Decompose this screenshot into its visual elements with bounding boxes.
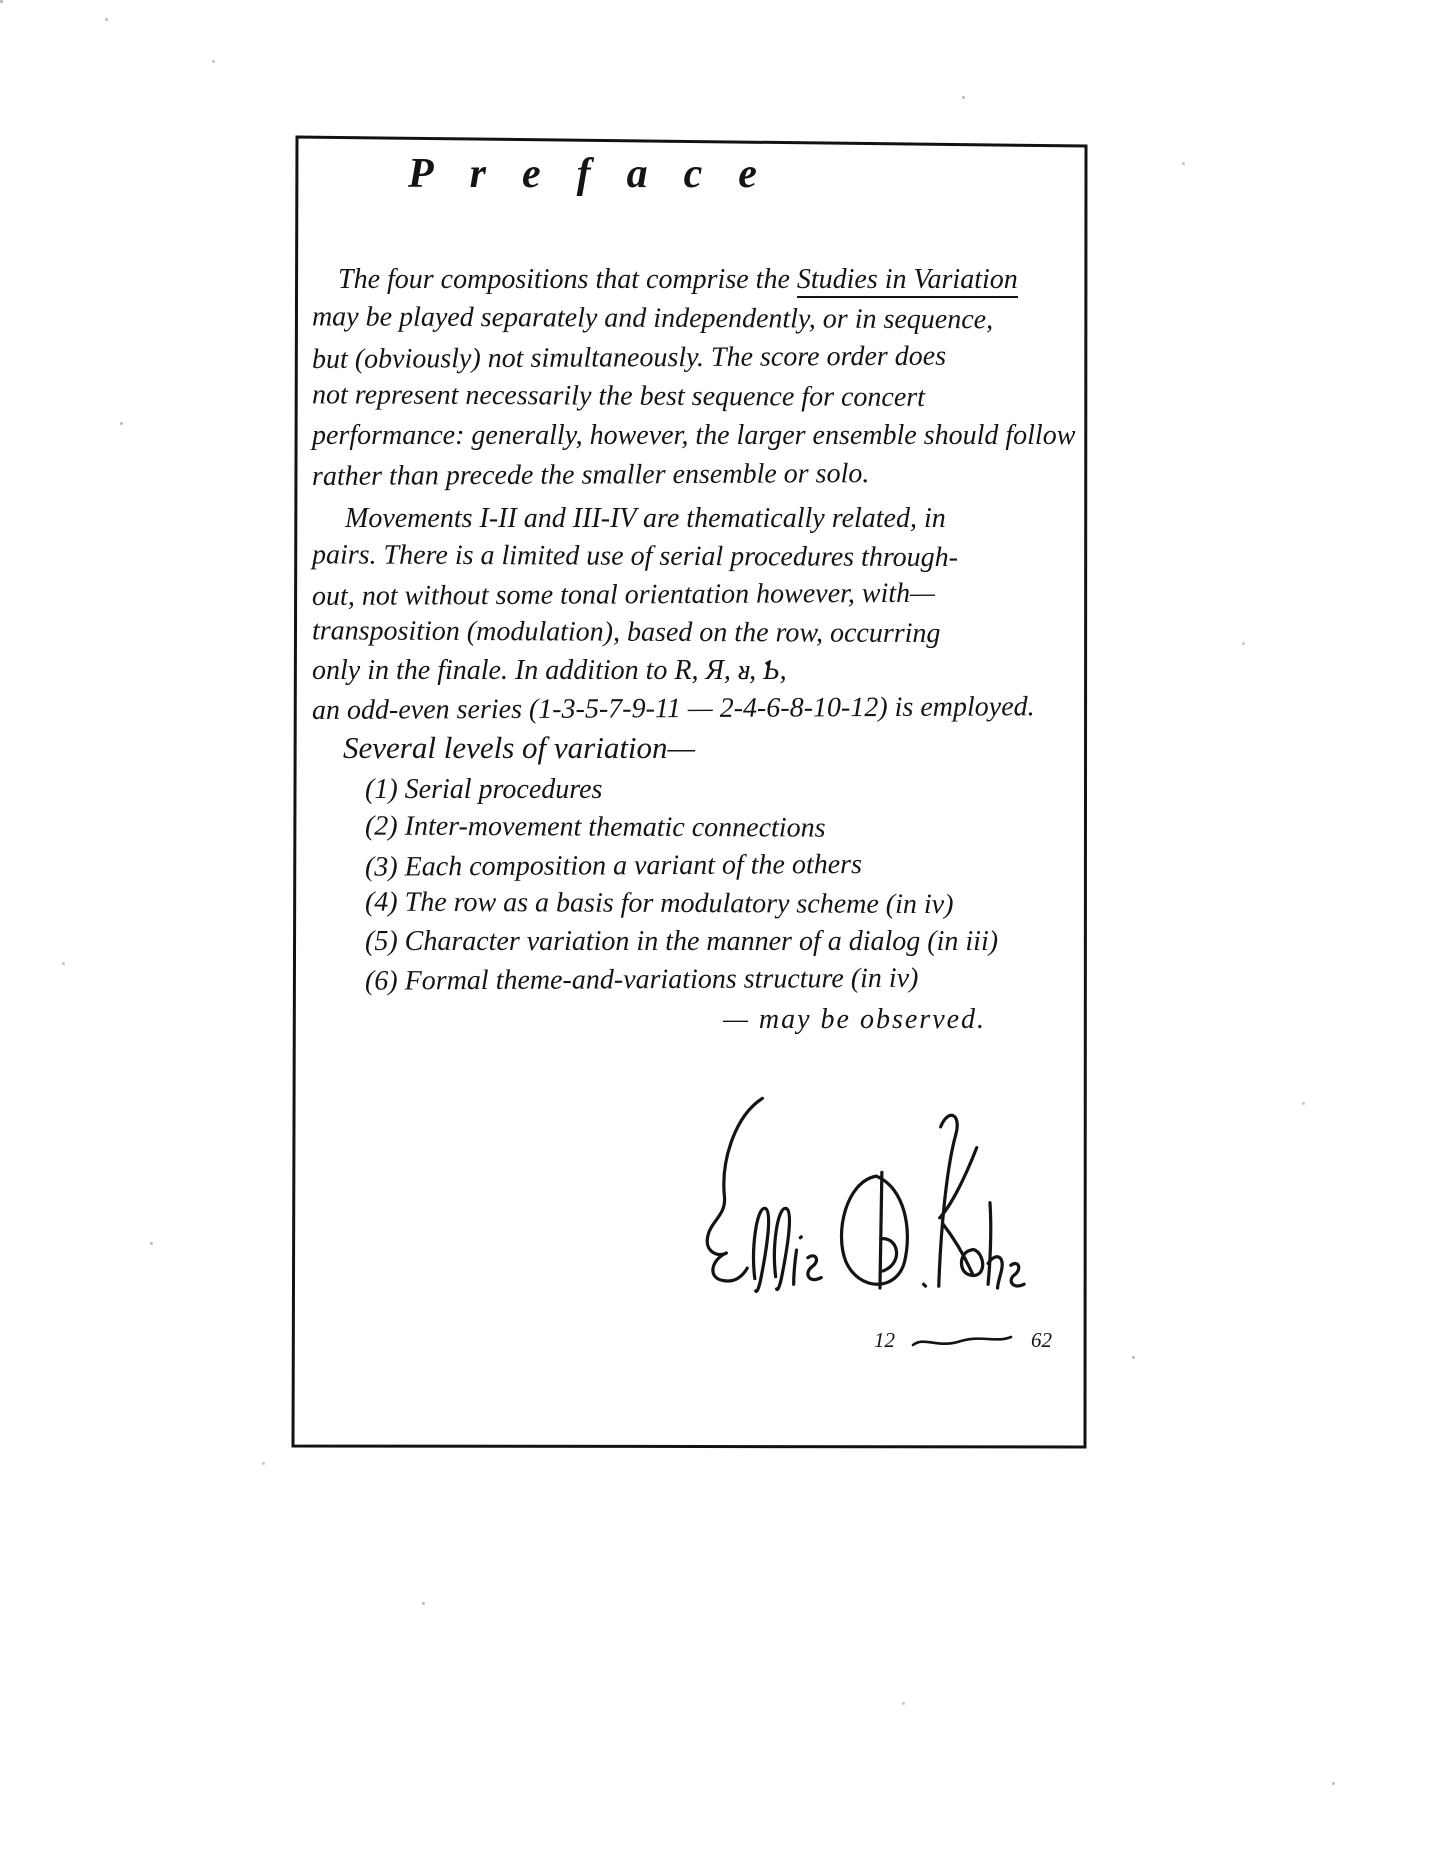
page-title: Preface [408,150,793,198]
list-item: (1) Serial procedures [365,771,998,809]
manuscript-line: an odd-even series (1-3-5-7-9-11 — 2-4-6… [312,688,1078,730]
manuscript-line: pairs. There is a limited use of serial … [312,536,1078,577]
manuscript-line: may be played separately and independent… [312,297,1078,339]
scan-noise [0,0,3,3]
list-item: (5) Character variation in the manner of… [365,923,998,961]
variation-list: (1) Serial procedures (2) Inter-movement… [365,771,998,999]
closing-line: — may be observed. [723,1004,986,1036]
date-line: 12 62 [874,1328,1052,1353]
manuscript-line: but (obviously) not simultaneously. The … [312,336,1078,379]
underlined-work-title: Studies in Variation [797,264,1018,298]
manuscript-line: transposition (modulation), based on the… [312,612,1078,653]
scanned-page: Preface The four compositions that compr… [0,0,1445,1870]
signature: Ellis B. Kohs [696,1083,1026,1311]
list-item: (6) Formal theme-and-variations structur… [365,959,998,1000]
paragraph-2: Movements I-II and III-IV are thematical… [312,500,1078,728]
manuscript-line: The four compositions that comprise the … [312,260,1078,299]
date-year: 62 [1031,1328,1052,1353]
preface-content: Preface The four compositions that compr… [296,138,1086,1447]
manuscript-line: performance: generally, however, the lar… [312,416,1078,455]
date-dash-squiggle [911,1332,1015,1350]
manuscript-line: not represent necessarily the best seque… [312,375,1078,417]
list-item: (2) Inter-movement thematic connections [365,808,998,849]
manuscript-line: Movements I-II and III-IV are thematical… [312,500,1078,538]
paragraph-1: The four compositions that comprise the … [312,260,1078,494]
manuscript-line: only in the finale. In addition to R, Я,… [312,652,1078,690]
line-text: The four compositions that comprise the [338,264,797,295]
variation-heading: Several levels of variation— [343,730,695,766]
list-item: (3) Each composition a variant of the ot… [365,845,998,886]
list-item: (4) The row as a basis for modulatory sc… [365,884,998,925]
date-month: 12 [874,1328,895,1353]
manuscript-line: rather than precede the smaller ensemble… [312,453,1078,496]
manuscript-line: out, not without some tonal orientation … [312,574,1078,616]
